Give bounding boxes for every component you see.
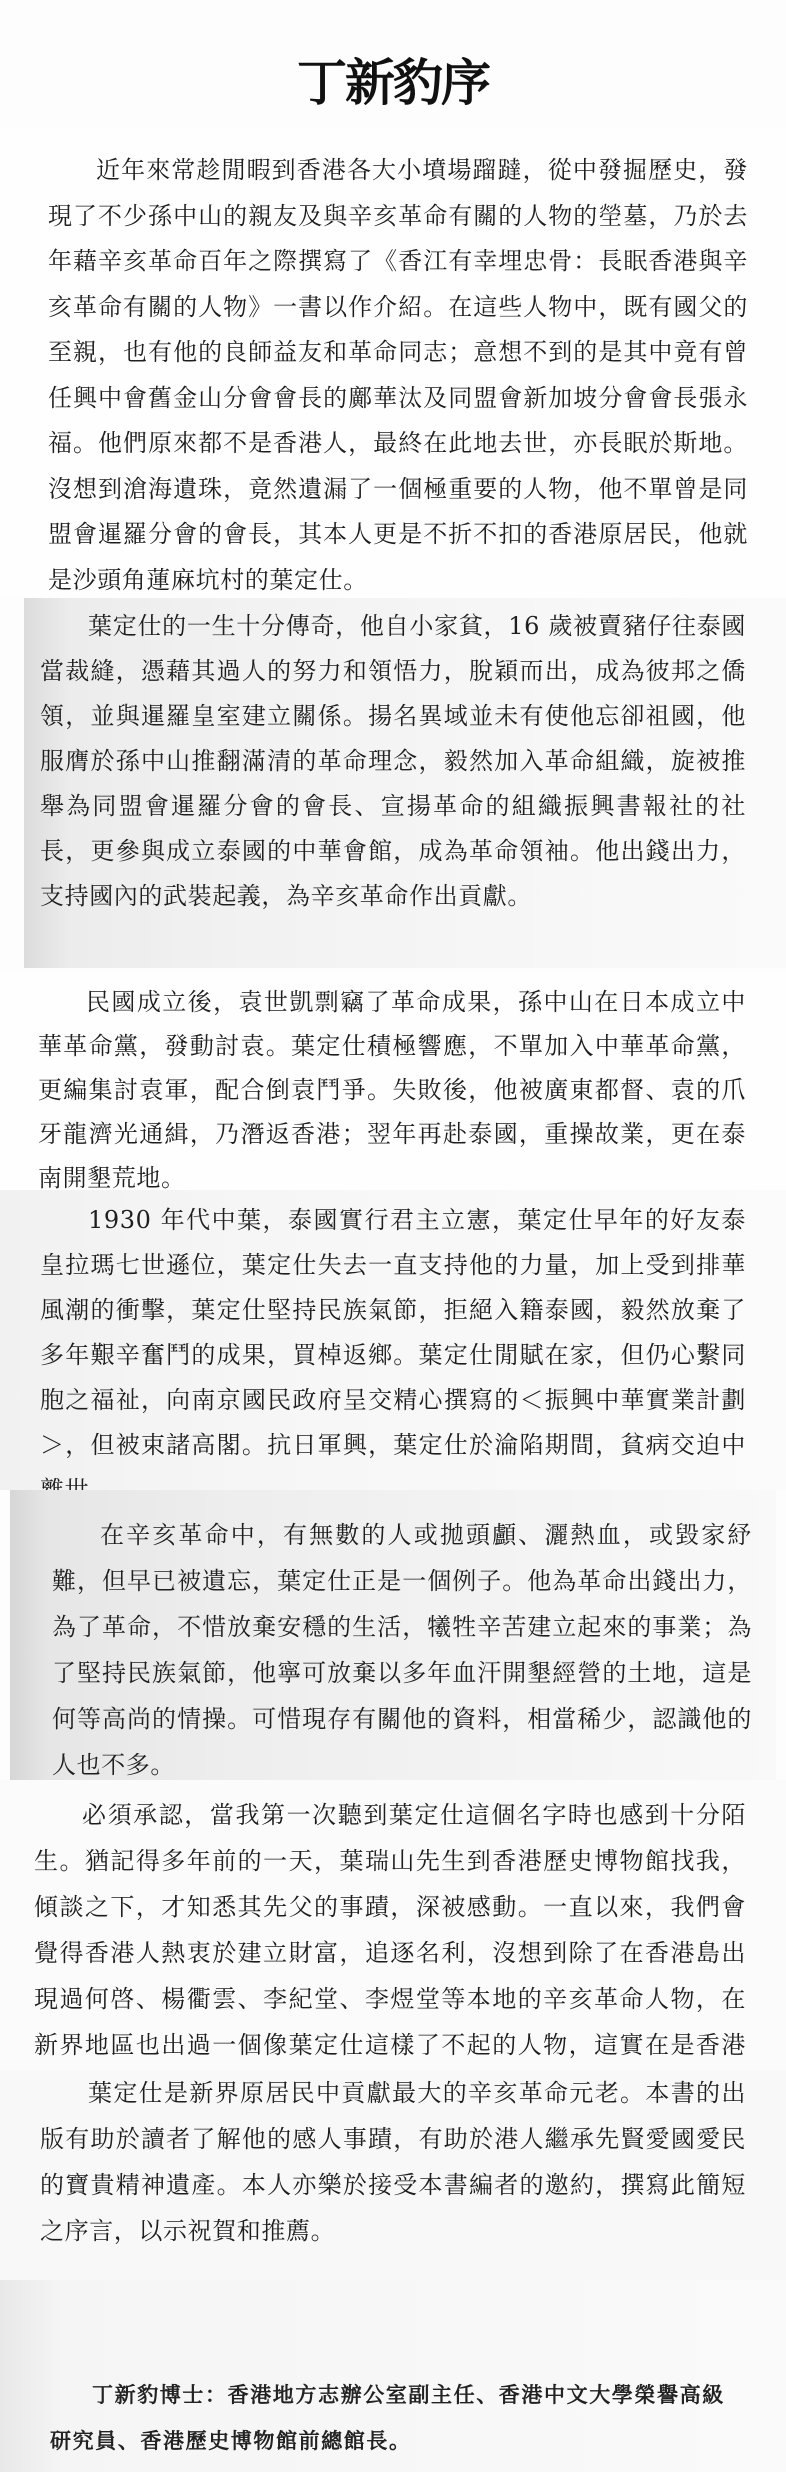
author-note: 丁新豹博士：香港地方志辦公室副主任、香港中文大學榮譽高級研究員、香港歷史博物館前… <box>50 2372 738 2464</box>
paragraph-block-1: 近年來常趁閒暇到香港各大小墳場蹓躂，從中發掘歷史，發現了不少孫中山的親友及與辛亥… <box>0 128 786 598</box>
page-title: 丁新豹序 <box>0 48 786 118</box>
author-block: 丁新豹博士：香港地方志辦公室副主任、香港中文大學榮譽高級研究員、香港歷史博物館前… <box>0 2280 786 2472</box>
paragraph-republic-era: 民國成立後，袁世凱剽竊了革命成果，孫中山在日本成立中華革命黨，發動討袁。葉定仕積… <box>38 980 746 1200</box>
paragraph-intro: 近年來常趁閒暇到香港各大小墳場蹓躂，從中發掘歷史，發現了不少孫中山的親友及與辛亥… <box>48 148 748 603</box>
paragraph-block-6: 必須承認，當我第一次聽到葉定仕這個名字時也感到十分陌生。猶記得多年前的一天，葉瑞… <box>0 1780 786 2070</box>
document-page: 丁新豹序 近年來常趁閒暇到香港各大小墳場蹓躂，從中發掘歷史，發現了不少孫中山的親… <box>0 0 786 2472</box>
paragraph-acknowledgement: 必須承認，當我第一次聽到葉定仕這個名字時也感到十分陌生。猶記得多年前的一天，葉瑞… <box>34 1792 746 2114</box>
paragraph-block-5: 在辛亥革命中，有無數的人或拋頭顱、灑熱血，或毀家紓難，但早已被遺忘，葉定仕正是一… <box>10 1490 776 1780</box>
paragraph-block-7: 葉定仕是新界原居民中貢獻最大的辛亥革命元老。本書的出版有助於讀者了解他的感人事蹟… <box>0 2070 786 2280</box>
paragraph-forgotten-heroes: 在辛亥革命中，有無數的人或拋頭顱、灑熱血，或毀家紓難，但早已被遺忘，葉定仕正是一… <box>52 1512 752 1788</box>
paragraph-block-2: 葉定仕的一生十分傳奇，他自小家貧，16 歲被賣豬仔往泰國當裁縫，憑藉其過人的努力… <box>24 598 786 968</box>
paragraph-biography: 葉定仕的一生十分傳奇，他自小家貧，16 歲被賣豬仔往泰國當裁縫，憑藉其過人的努力… <box>40 604 746 919</box>
paragraph-recommendation: 葉定仕是新界原居民中貢獻最大的辛亥革命元老。本書的出版有助於讀者了解他的感人事蹟… <box>40 2070 746 2254</box>
paragraph-block-4: 1930 年代中葉，泰國實行君主立憲，葉定仕早年的好友泰皇拉瑪七世遜位，葉定仕失… <box>0 1190 786 1490</box>
paragraph-block-3: 民國成立後，袁世凱剽竊了革命成果，孫中山在日本成立中華革命黨，發動討袁。葉定仕積… <box>0 970 786 1190</box>
paragraph-1930s: 1930 年代中葉，泰國實行君主立憲，葉定仕早年的好友泰皇拉瑪七世遜位，葉定仕失… <box>40 1198 746 1513</box>
